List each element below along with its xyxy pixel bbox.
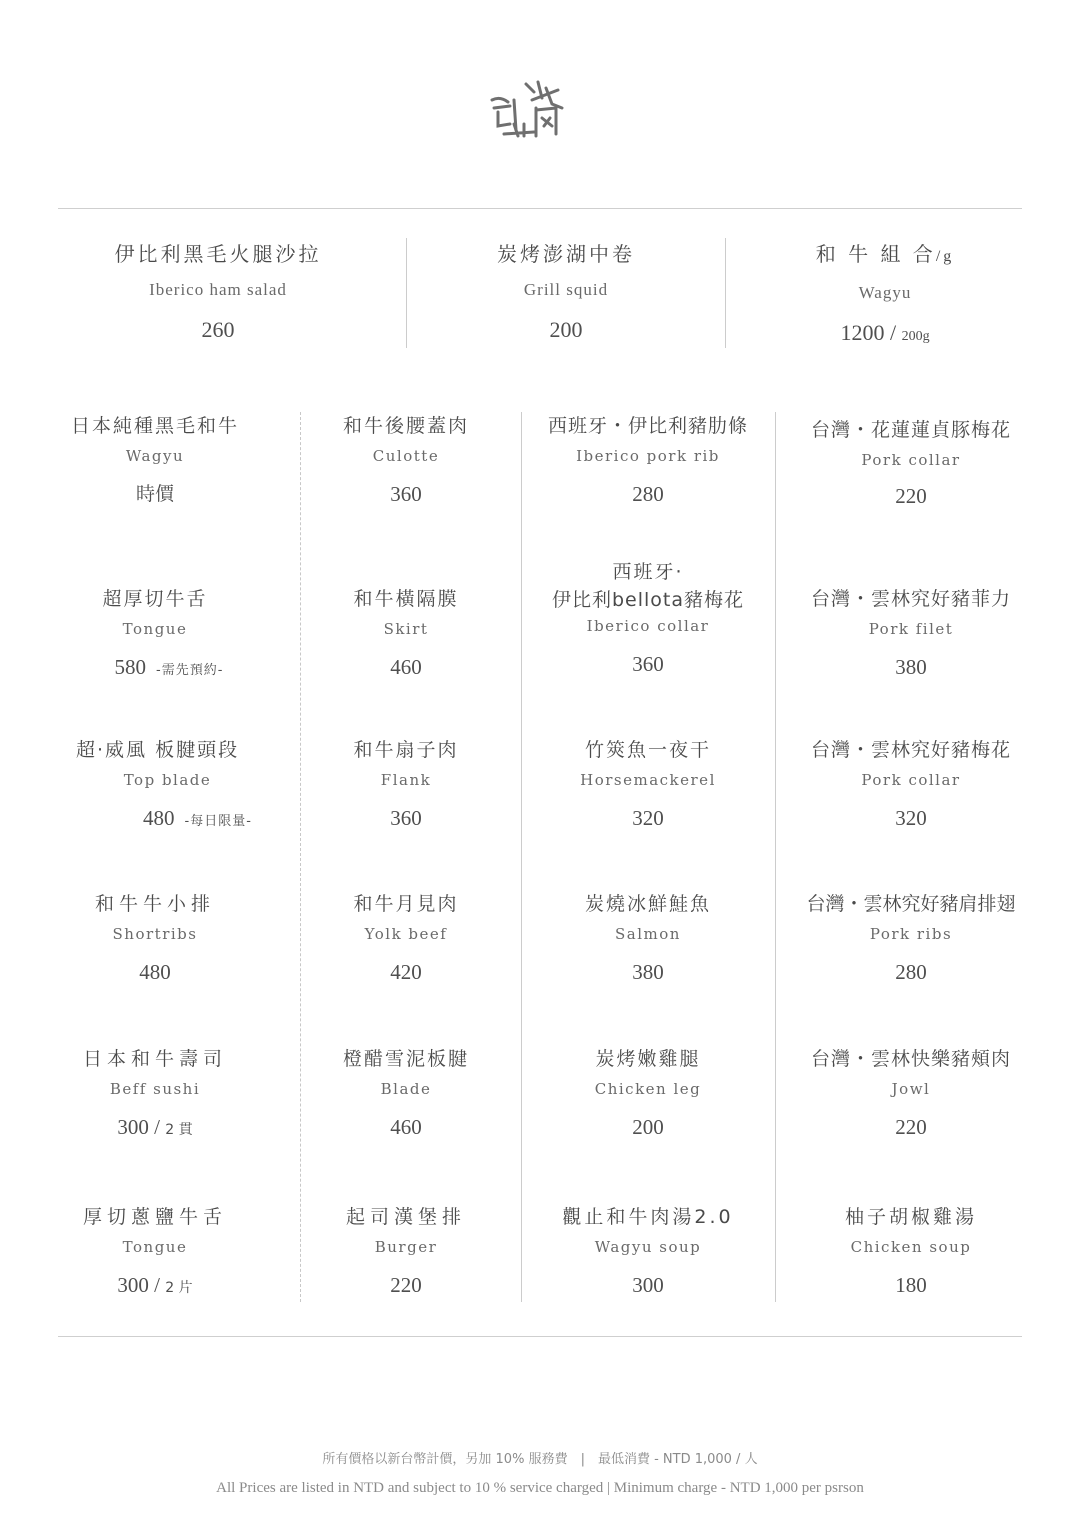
footer-note-en: All Prices are listed in NTD and subject… xyxy=(0,1480,1080,1497)
item-name-zh: 伊比利黑毛火腿沙拉 xyxy=(58,242,378,266)
item-name-en: Skirt xyxy=(300,619,512,639)
item-name-en: Jowl xyxy=(780,1079,1042,1099)
menu-item: 和牛月見肉 Yolk beef 420 xyxy=(300,892,512,984)
menu-item: 西班牙・伊比利豬肋條 Iberico pork rib 280 xyxy=(521,414,775,506)
item-name-zh: 台灣・雲林究好豬梅花 xyxy=(780,738,1042,762)
menu-item-wagyu-combo: 和 牛 組 合/g Wagyu 1200 / 200g xyxy=(725,242,1045,349)
item-name-en: Pork collar xyxy=(780,770,1042,790)
item-name-en: Burger xyxy=(300,1237,512,1257)
item-price: 300 / 2 片 xyxy=(40,1273,270,1300)
item-name-zh: 和牛橫隔膜 xyxy=(300,587,512,611)
item-price: 480-每日限量- xyxy=(40,806,295,834)
item-price: 480 xyxy=(40,960,270,984)
item-price: 1200 / 200g xyxy=(725,321,1045,349)
menu-item: 超厚切牛舌 Tongue 580-需先預約- xyxy=(40,587,270,683)
item-price: 260 xyxy=(58,318,378,342)
menu-item-grill-squid: 炭烤澎湖中卷 Grill squid 200 xyxy=(406,242,726,342)
item-name-zh: 炭烤嫩雞腿 xyxy=(521,1047,775,1071)
item-price: 320 xyxy=(521,806,775,830)
item-name-en: Wagyu xyxy=(725,283,1045,303)
item-name-zh: 觀止和牛肉湯2.0 xyxy=(521,1205,775,1229)
item-name-zh: 西班牙・伊比利豬肋條 xyxy=(521,414,775,438)
item-name-en: Flank xyxy=(300,770,512,790)
restaurant-logo xyxy=(486,78,566,144)
menu-item: 起司漢堡排 Burger 220 xyxy=(300,1205,512,1297)
item-price: 300 xyxy=(521,1273,775,1297)
price-value: 1200 / xyxy=(840,320,901,345)
item-price: 360 xyxy=(300,806,512,830)
item-name-en: Chicken soup xyxy=(780,1237,1042,1257)
price-unit: 200g xyxy=(902,329,930,344)
item-price: 420 xyxy=(300,960,512,984)
item-name-zh: 日本和牛壽司 xyxy=(40,1047,270,1071)
column-divider xyxy=(775,412,776,1302)
menu-item: 西班牙‧ 伊比利bellota豬梅花 Iberico collar 360 xyxy=(521,560,775,676)
item-price: 200 xyxy=(406,318,726,342)
price-value: 300 / xyxy=(117,1273,165,1297)
menu-item: 台灣・花蓮蓮貞豚梅花 Pork collar 220 xyxy=(780,418,1042,508)
item-name-en: Wagyu soup xyxy=(521,1237,775,1257)
item-name-zh: 和 牛 組 合/g xyxy=(725,242,1045,269)
item-name-zh: 和牛月見肉 xyxy=(300,892,512,916)
item-name-en: Chicken leg xyxy=(521,1079,775,1099)
menu-item: 橙醋雪泥板腱 Blade 460 xyxy=(300,1047,512,1139)
price-note: -每日限量- xyxy=(185,814,252,829)
item-price: 280 xyxy=(780,960,1042,984)
menu-item: 和牛扇子肉 Flank 360 xyxy=(300,738,512,830)
calligraphy-logo-icon xyxy=(486,78,566,144)
price-unit: 2 貫 xyxy=(165,1122,192,1138)
item-name-en: Horsemackerel xyxy=(521,770,775,790)
column-divider xyxy=(300,412,301,1302)
menu-item: 日本和牛壽司 Beff sushi 300 / 2 貫 xyxy=(40,1047,270,1142)
item-price: 580-需先預約- xyxy=(40,655,270,683)
item-name-en: Pork collar xyxy=(780,450,1042,470)
item-name-zh-line2: 伊比利bellota豬梅花 xyxy=(521,588,775,612)
price-value: 580 xyxy=(115,655,147,679)
price-note: -需先預約- xyxy=(156,663,223,678)
item-name-zh: 和牛扇子肉 xyxy=(300,738,512,762)
item-name-en: Wagyu xyxy=(40,446,270,466)
footer-note-zh: 所有價格以新台幣計價，另加 10% 服務費 | 最低消費 - NTD 1,000… xyxy=(0,1448,1080,1467)
top-divider xyxy=(58,208,1022,209)
item-name-en: Iberico collar xyxy=(521,616,775,636)
item-name-zh: 超‧威風 板腱頭段 xyxy=(40,738,295,762)
item-name-zh: 日本純種黑毛和牛 xyxy=(40,414,270,438)
item-name-en: Blade xyxy=(300,1079,512,1099)
item-price: 220 xyxy=(300,1273,512,1297)
item-price: 380 xyxy=(521,960,775,984)
menu-item: 觀止和牛肉湯2.0 Wagyu soup 300 xyxy=(521,1205,775,1297)
menu-item: 炭烤嫩雞腿 Chicken leg 200 xyxy=(521,1047,775,1139)
menu-item: 台灣・雲林快樂豬頰肉 Jowl 220 xyxy=(780,1047,1042,1139)
item-name-zh: 橙醋雪泥板腱 xyxy=(300,1047,512,1071)
item-price: 360 xyxy=(521,652,775,676)
item-name-en: Yolk beef xyxy=(300,924,512,944)
item-name-en: Top blade xyxy=(40,770,295,790)
item-price: 180 xyxy=(780,1273,1042,1297)
item-price: 320 xyxy=(780,806,1042,830)
item-price: 460 xyxy=(300,655,512,679)
item-name-zh: 炭烤澎湖中卷 xyxy=(406,242,726,266)
bottom-divider xyxy=(58,1336,1022,1337)
item-name-zh-text: 和 牛 組 合 xyxy=(816,242,936,266)
menu-item: 竹筴魚一夜干 Horsemackerel 320 xyxy=(521,738,775,830)
item-price: 200 xyxy=(521,1115,775,1139)
item-price: 220 xyxy=(780,1115,1042,1139)
menu-item: 台灣・雲林究好豬肩排翅 Pork ribs 280 xyxy=(780,892,1042,984)
item-name-zh: 起司漢堡排 xyxy=(300,1205,512,1229)
item-price: 220 xyxy=(780,484,1042,508)
item-name-en: Tongue xyxy=(40,619,270,639)
item-name-zh: 台灣・雲林究好豬菲力 xyxy=(780,587,1042,611)
price-value: 480 xyxy=(143,806,175,830)
item-name-en: Culotte xyxy=(300,446,512,466)
item-name-zh: 和牛牛小排 xyxy=(40,892,270,916)
item-name-zh: 超厚切牛舌 xyxy=(40,587,270,611)
menu-item: 厚切蔥鹽牛舌 Tongue 300 / 2 片 xyxy=(40,1205,270,1300)
item-name-en: Shortribs xyxy=(40,924,270,944)
item-price: 380 xyxy=(780,655,1042,679)
price-value: 300 / xyxy=(117,1115,165,1139)
menu-item: 台灣・雲林究好豬梅花 Pork collar 320 xyxy=(780,738,1042,830)
item-name-zh: 竹筴魚一夜干 xyxy=(521,738,775,762)
menu-item: 和牛牛小排 Shortribs 480 xyxy=(40,892,270,984)
item-name-en: Beff sushi xyxy=(40,1079,270,1099)
menu-item: 超‧威風 板腱頭段 Top blade 480-每日限量- xyxy=(40,738,295,834)
item-name-zh: 西班牙‧ xyxy=(521,560,775,584)
item-name-en: Tongue xyxy=(40,1237,270,1257)
item-name-en: Salmon xyxy=(521,924,775,944)
item-name-en: Pork ribs xyxy=(780,924,1042,944)
item-name-en: Iberico pork rib xyxy=(521,446,775,466)
item-name-en: Iberico ham salad xyxy=(58,280,378,300)
item-price: 460 xyxy=(300,1115,512,1139)
item-name-zh: 和牛後腰蓋肉 xyxy=(300,414,512,438)
price-unit: 2 片 xyxy=(165,1280,192,1296)
item-name-zh: 厚切蔥鹽牛舌 xyxy=(40,1205,270,1229)
menu-item: 柚子胡椒雞湯 Chicken soup 180 xyxy=(780,1205,1042,1297)
menu-item: 和牛橫隔膜 Skirt 460 xyxy=(300,587,512,679)
item-name-zh: 台灣・花蓮蓮貞豚梅花 xyxy=(780,418,1042,442)
item-name-en: Grill squid xyxy=(406,280,726,300)
item-price: 280 xyxy=(521,482,775,506)
item-name-zh: 台灣・雲林快樂豬頰肉 xyxy=(780,1047,1042,1071)
menu-item: 台灣・雲林究好豬菲力 Pork filet 380 xyxy=(780,587,1042,679)
menu-item: 炭燒冰鮮鮭魚 Salmon 380 xyxy=(521,892,775,984)
item-name-en: Pork filet xyxy=(780,619,1042,639)
menu-item-iberico-ham-salad: 伊比利黑毛火腿沙拉 Iberico ham salad 260 xyxy=(58,242,378,342)
item-price: 300 / 2 貫 xyxy=(40,1115,270,1142)
item-price: 時價 xyxy=(40,482,270,506)
item-name-zh: 炭燒冰鮮鮭魚 xyxy=(521,892,775,916)
item-price: 360 xyxy=(300,482,512,506)
item-unit: /g xyxy=(936,248,954,265)
item-name-zh: 台灣・雲林究好豬肩排翅 xyxy=(780,892,1042,916)
item-name-zh: 柚子胡椒雞湯 xyxy=(780,1205,1042,1229)
menu-item: 和牛後腰蓋肉 Culotte 360 xyxy=(300,414,512,506)
menu-item: 日本純種黑毛和牛 Wagyu 時價 xyxy=(40,414,270,506)
column-divider xyxy=(521,412,522,1302)
